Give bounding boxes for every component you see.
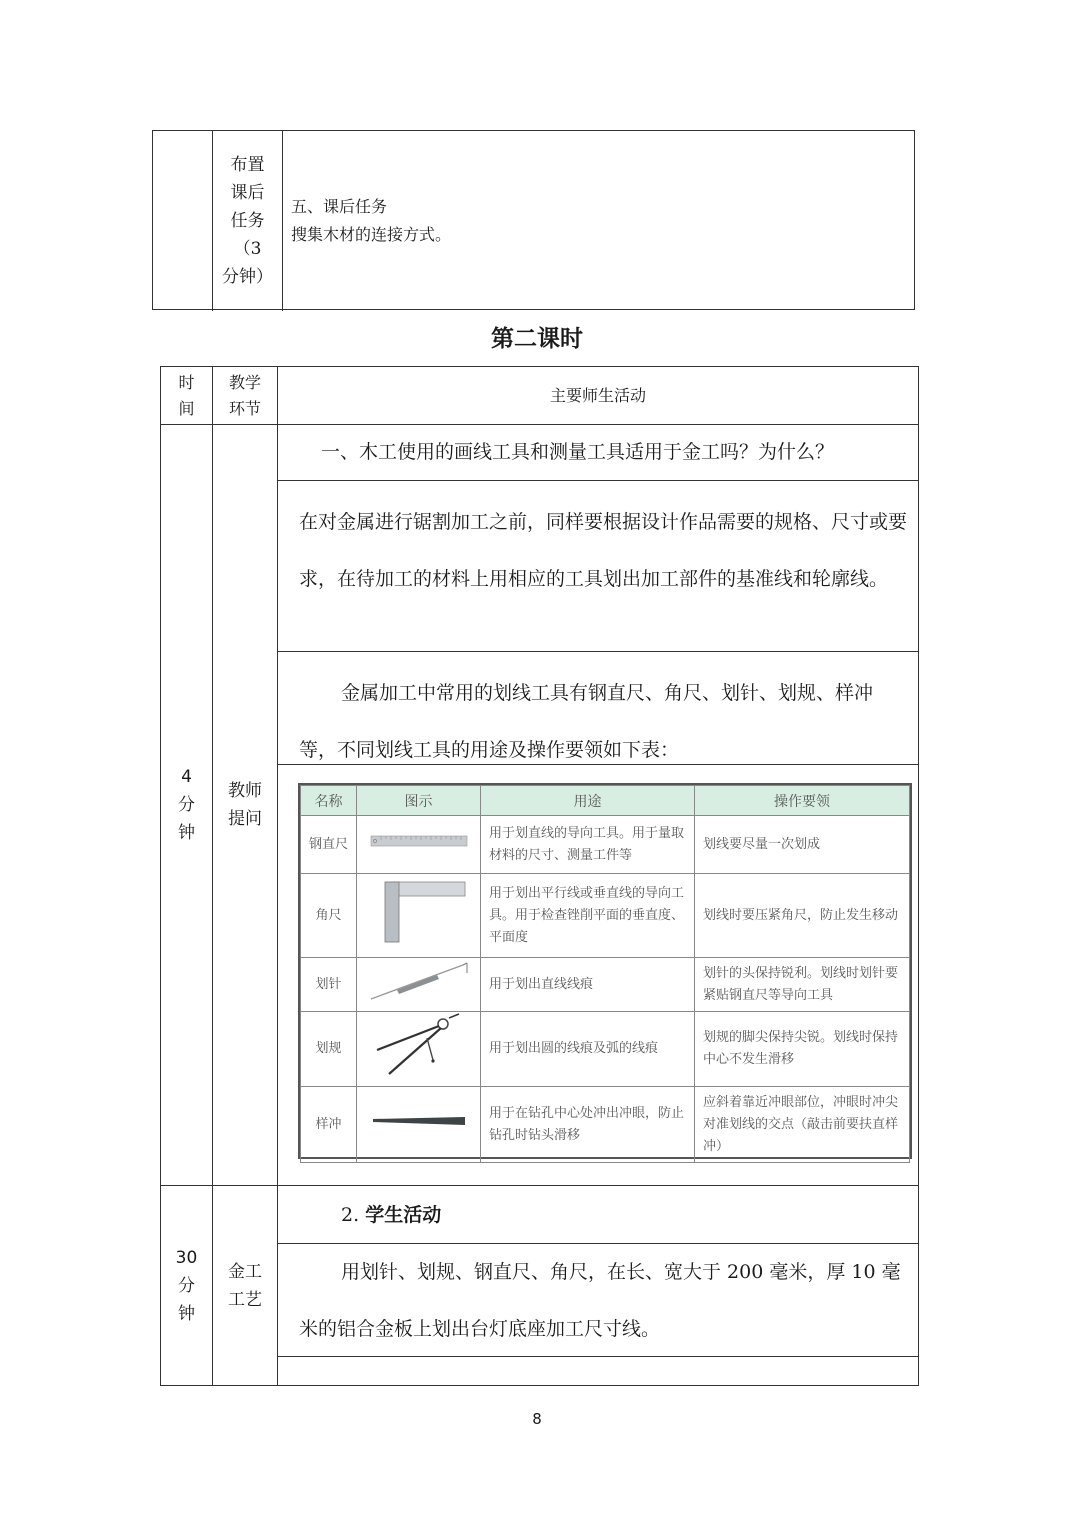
explanation-paragraph: 在对金属进行锯割加工之前，同样要根据设计作品需要的规格、尺寸或要求，在待加工的材… (289, 494, 917, 608)
segment-cell: 布置 课后 任务 （3 分钟） (213, 131, 283, 311)
tool-tips: 划线要尽量一次划成 (695, 816, 910, 874)
header-time-line: 时 (178, 370, 194, 396)
header-activity: 主要师生活动 (278, 367, 918, 424)
tool-tips: 应斜着靠近冲眼部位，冲眼时冲尖对准划线的交点（敲击前要扶直样冲） (695, 1087, 910, 1163)
segment-line: 教师 (228, 777, 262, 805)
tool-row: 角尺 用于划出平行线或垂直线的导向工具。用于检查锉削平面的垂直度、平面度 划线时… (301, 874, 910, 958)
marking-tools-table-image: 名称 图示 用途 操作要领 钢直尺 (298, 783, 912, 1159)
center-punch-icon (357, 1087, 481, 1163)
tool-use: 用于划直线的导向工具。用于量取材料的尺寸、测量工件等 (481, 816, 695, 874)
header-segment-line: 教学 (229, 370, 261, 396)
time-line: 钟 (178, 1300, 195, 1328)
divider-compass-icon (357, 1012, 481, 1087)
tool-row: 划规 用于划出圆的线痕及弧的线痕 划规的脚尖保持尖锐。划线时保持中心不发生滑移 (301, 1012, 910, 1087)
segment-label-line: 分钟） (222, 263, 273, 291)
row1-time: 4 分 钟 (161, 425, 212, 1185)
scriber-icon (357, 958, 481, 1012)
heading-number: 2. (341, 1204, 359, 1226)
previous-lesson-table: 布置 课后 任务 （3 分钟） 五、课后任务 搜集木材的连接方式。 (152, 130, 915, 310)
tool-row: 划针 用于划出直线线痕 划针的头保持锐利。划线时划针要紧贴钢直尺等导向工具 (301, 958, 910, 1012)
student-activity-paragraph: 用划针、划规、钢直尺、角尺，在长、宽大于 200 毫米，厚 10 毫米的铝合金板… (289, 1244, 917, 1358)
page-number: 8 (0, 1410, 1074, 1428)
question-paragraph: 一、木工使用的画线工具和测量工具适用于金工吗？为什么？ (289, 437, 917, 467)
student-activity-heading: 2. 学生活动 (289, 1200, 917, 1230)
tool-row: 样冲 用于在钻孔中心处冲出冲眼，防止钻孔时钻头滑移 应斜着靠近冲眼部位，冲眼时冲… (301, 1087, 910, 1163)
column-divider (277, 367, 278, 1385)
time-line: 钟 (178, 819, 195, 847)
segment-label-line: 任务 (231, 207, 265, 235)
homework-heading: 五、课后任务 (291, 193, 914, 221)
tool-header-name: 名称 (301, 786, 357, 816)
tool-name: 划规 (301, 1012, 357, 1087)
segment-label-line: 布置 (231, 151, 265, 179)
activity-cell: 五、课后任务 搜集木材的连接方式。 (283, 131, 914, 311)
row1-segment: 教师 提问 (213, 425, 277, 1185)
tool-table-header-row: 名称 图示 用途 操作要领 (301, 786, 910, 816)
tool-name: 划针 (301, 958, 357, 1012)
tool-name: 角尺 (301, 874, 357, 958)
header-time-line: 间 (178, 396, 194, 422)
time-line: 4 (181, 763, 192, 791)
segment-label-line: （3 (234, 235, 262, 263)
homework-text: 搜集木材的连接方式。 (291, 221, 914, 249)
header-segment-line: 环节 (229, 396, 261, 422)
tool-row: 钢直尺 用于划直线的 (301, 816, 910, 874)
tool-header-use: 用途 (481, 786, 695, 816)
row2-segment: 金工 工艺 (213, 1186, 277, 1385)
tool-use: 用于在钻孔中心处冲出冲眼，防止钻孔时钻头滑移 (481, 1087, 695, 1163)
tool-use: 用于划出直线线痕 (481, 958, 695, 1012)
tool-header-tips: 操作要领 (695, 786, 910, 816)
time-line: 分 (178, 791, 195, 819)
header-activity-label: 主要师生活动 (550, 383, 646, 409)
section-title: 第二课时 (0, 320, 1074, 353)
tool-use: 用于划出圆的线痕及弧的线痕 (481, 1012, 695, 1087)
time-line: 分 (178, 1272, 195, 1300)
row-divider (278, 651, 918, 652)
tool-header-image: 图示 (357, 786, 481, 816)
tool-use: 用于划出平行线或垂直线的导向工具。用于检查锉削平面的垂直度、平面度 (481, 874, 695, 958)
time-line: 30 (176, 1244, 198, 1272)
tool-name: 钢直尺 (301, 816, 357, 874)
square-ruler-icon (357, 874, 481, 958)
time-cell-empty (153, 131, 213, 311)
segment-line: 金工 (228, 1258, 262, 1286)
header-time: 时 间 (161, 367, 212, 424)
segment-line: 提问 (228, 805, 262, 833)
row2-time: 30 分 钟 (161, 1186, 212, 1385)
heading-text: 学生活动 (365, 1204, 441, 1226)
tool-tips: 划针的头保持锐利。划线时划针要紧贴钢直尺等导向工具 (695, 958, 910, 1012)
tools-intro-paragraph: 金属加工中常用的划线工具有钢直尺、角尺、划针、划规、样冲等，不同划线工具的用途及… (289, 665, 917, 779)
steel-ruler-icon (357, 816, 481, 874)
segment-line: 工艺 (228, 1286, 262, 1314)
segment-label-line: 课后 (231, 179, 265, 207)
tool-tips: 划线时要压紧角尺，防止发生移动 (695, 874, 910, 958)
row-divider (278, 480, 918, 481)
tool-tips: 划规的脚尖保持尖锐。划线时保持中心不发生滑移 (695, 1012, 910, 1087)
tool-name: 样冲 (301, 1087, 357, 1163)
header-segment: 教学 环节 (213, 367, 277, 424)
